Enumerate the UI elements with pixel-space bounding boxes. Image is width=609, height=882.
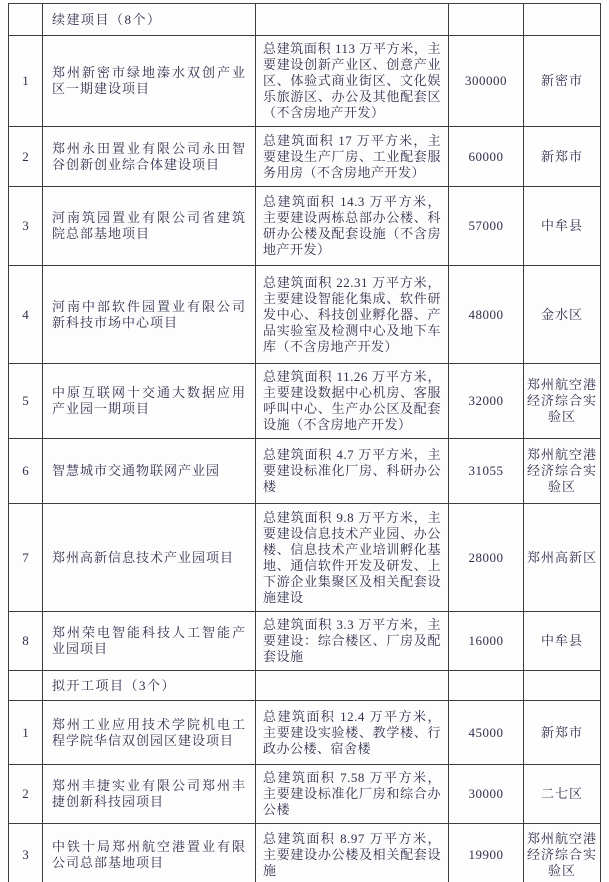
project-row: 7 郑州高新信息技术产业园项目 总建筑面积 9.8 万平方米，主要建设信息技术产…	[9, 504, 601, 612]
project-name-cell: 中原互联网十交通大数据应用产业园一期项目	[43, 364, 256, 439]
project-index-cell: 1	[9, 36, 43, 127]
project-index-cell: 3	[9, 824, 43, 882]
district-cell	[524, 671, 601, 701]
desc-cell	[256, 671, 449, 701]
project-desc-cell: 总建筑面积 12.4 万平方米，主要建设实验楼、教学楼、行政办公楼、宿舍楼	[256, 701, 449, 765]
document-page: 续建项目（8个） 1 郑州新密市绿地溱水双创产业区一期建设项目 总建筑面积 11…	[0, 0, 609, 882]
project-desc-cell: 总建筑面积 9.8 万平方米，主要建设信息技术产业园、办公楼、信息技术产业培训孵…	[256, 504, 449, 612]
project-index-cell: 2	[9, 127, 43, 187]
desc-cell	[256, 4, 449, 36]
project-area-cell: 31055	[449, 439, 524, 504]
project-row: 3 中铁十局郑州航空港置业有限公司总部基地项目 总建筑面积 8.97 万平方米，…	[9, 824, 601, 882]
project-row: 1 郑州新密市绿地溱水双创产业区一期建设项目 总建筑面积 113 万平方米，主要…	[9, 36, 601, 127]
project-district-cell: 郑州航空港经济综合实验区	[524, 824, 601, 882]
project-desc-cell: 总建筑面积 3.3 万平方米，主要建设：综合楼区、厂房及配套设施	[256, 612, 449, 671]
project-desc-cell: 总建筑面积 22.31 万平方米，主要建设智能化集成、软件研发中心、科技创业孵化…	[256, 266, 449, 364]
project-row: 5 中原互联网十交通大数据应用产业园一期项目 总建筑面积 11.26 万平方米，…	[9, 364, 601, 439]
project-index-cell: 5	[9, 364, 43, 439]
project-name-cell: 郑州荣电智能科技人工智能产业园项目	[43, 612, 256, 671]
area-cell	[449, 4, 524, 36]
project-district-cell: 中牟县	[524, 187, 601, 266]
project-index-cell: 6	[9, 439, 43, 504]
project-district-cell: 中牟县	[524, 612, 601, 671]
project-name-cell: 河南中部软件园置业有限公司新科技市场中心项目	[43, 266, 256, 364]
district-cell	[524, 4, 601, 36]
project-district-cell: 郑州高新区	[524, 504, 601, 612]
project-row: 2 郑州永田置业有限公司永田智谷创新创业综合体建设项目 总建筑面积 17 万平方…	[9, 127, 601, 187]
project-index-cell: 1	[9, 701, 43, 765]
project-index-cell: 2	[9, 765, 43, 824]
project-desc-cell: 总建筑面积 17 万平方米，主要建设生产厂房、工业配套服务用房（不含房地产开发）	[256, 127, 449, 187]
project-area-cell: 32000	[449, 364, 524, 439]
project-row: 1 郑州工业应用技术学院机电工程学院华信双创园区建设项目 总建筑面积 12.4 …	[9, 701, 601, 765]
project-district-cell: 新郑市	[524, 701, 601, 765]
project-row: 8 郑州荣电智能科技人工智能产业园项目 总建筑面积 3.3 万平方米，主要建设：…	[9, 612, 601, 671]
project-name-cell: 郑州丰捷实业有限公司郑州丰捷创新科技园项目	[43, 765, 256, 824]
project-row: 6 智慧城市交通物联网产业园 总建筑面积 4.7 万平方米，主要建设标准化厂房、…	[9, 439, 601, 504]
project-area-cell: 30000	[449, 765, 524, 824]
project-area-cell: 16000	[449, 612, 524, 671]
area-cell	[449, 671, 524, 701]
index-cell	[9, 4, 43, 36]
section-title-cell: 续建项目（8个）	[43, 4, 256, 36]
project-name-cell: 郑州新密市绿地溱水双创产业区一期建设项目	[43, 36, 256, 127]
project-area-cell: 57000	[449, 187, 524, 266]
project-desc-cell: 总建筑面积 4.7 万平方米，主要建设标准化厂房、科研办公楼	[256, 439, 449, 504]
project-desc-cell: 总建筑面积 14.3 万平方米，主要建设两栋总部办公楼、科研办公楼及配套设施（不…	[256, 187, 449, 266]
project-index-cell: 4	[9, 266, 43, 364]
project-row: 4 河南中部软件园置业有限公司新科技市场中心项目 总建筑面积 22.31 万平方…	[9, 266, 601, 364]
project-area-cell: 300000	[449, 36, 524, 127]
project-district-cell: 郑州航空港经济综合实验区	[524, 439, 601, 504]
project-name-cell: 河南筑园置业有限公司省建筑院总部基地项目	[43, 187, 256, 266]
project-area-cell: 48000	[449, 266, 524, 364]
project-district-cell: 新郑市	[524, 127, 601, 187]
project-name-cell: 郑州高新信息技术产业园项目	[43, 504, 256, 612]
section-title-cell: 拟开工项目（3个）	[43, 671, 256, 701]
project-area-cell: 60000	[449, 127, 524, 187]
table-body: 续建项目（8个） 1 郑州新密市绿地溱水双创产业区一期建设项目 总建筑面积 11…	[9, 4, 601, 882]
project-name-cell: 中铁十局郑州航空港置业有限公司总部基地项目	[43, 824, 256, 882]
project-index-cell: 8	[9, 612, 43, 671]
project-desc-cell: 总建筑面积 11.26 万平方米，主要建设数据中心机房、客服呼叫中心、生产办公区…	[256, 364, 449, 439]
project-desc-cell: 总建筑面积 113 万平方米，主要建设创新产业区、创意产业区、体验式商业街区、文…	[256, 36, 449, 127]
index-cell	[9, 671, 43, 701]
project-desc-cell: 总建筑面积 7.58 万平方米，主要建设标准化厂房和综合办公楼	[256, 765, 449, 824]
projects-table: 续建项目（8个） 1 郑州新密市绿地溱水双创产业区一期建设项目 总建筑面积 11…	[8, 3, 601, 882]
project-index-cell: 3	[9, 187, 43, 266]
project-area-cell: 45000	[449, 701, 524, 765]
project-row: 3 河南筑园置业有限公司省建筑院总部基地项目 总建筑面积 14.3 万平方米，主…	[9, 187, 601, 266]
project-name-cell: 智慧城市交通物联网产业园	[43, 439, 256, 504]
project-area-cell: 19900	[449, 824, 524, 882]
section-header-row: 拟开工项目（3个）	[9, 671, 601, 701]
project-area-cell: 28000	[449, 504, 524, 612]
project-desc-cell: 总建筑面积 8.97 万平方米，主要建设办公楼及相关配套设施	[256, 824, 449, 882]
project-district-cell: 郑州航空港经济综合实验区	[524, 364, 601, 439]
project-district-cell: 新密市	[524, 36, 601, 127]
project-index-cell: 7	[9, 504, 43, 612]
section-header-row: 续建项目（8个）	[9, 4, 601, 36]
project-row: 2 郑州丰捷实业有限公司郑州丰捷创新科技园项目 总建筑面积 7.58 万平方米，…	[9, 765, 601, 824]
project-district-cell: 金水区	[524, 266, 601, 364]
project-district-cell: 二七区	[524, 765, 601, 824]
project-name-cell: 郑州工业应用技术学院机电工程学院华信双创园区建设项目	[43, 701, 256, 765]
project-name-cell: 郑州永田置业有限公司永田智谷创新创业综合体建设项目	[43, 127, 256, 187]
